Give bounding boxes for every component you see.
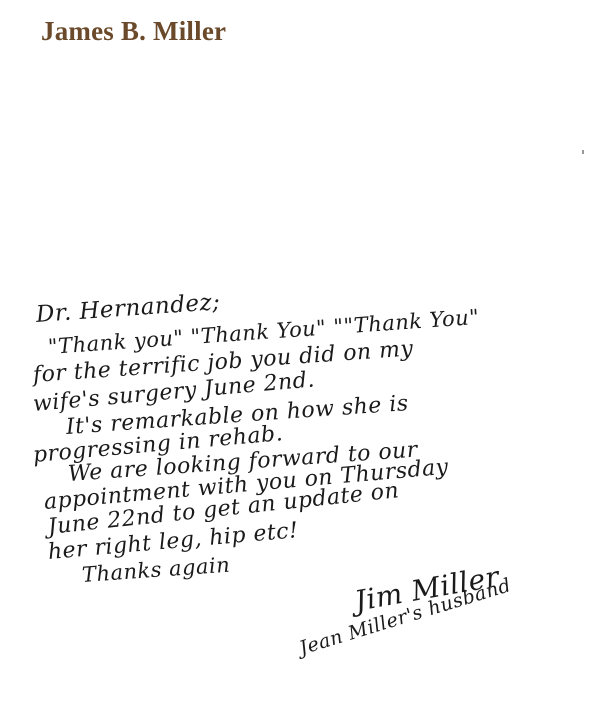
scan-speck <box>582 150 584 154</box>
letterhead-name: James B. Miller <box>41 16 226 47</box>
salutation: Dr. Hernandez; <box>35 289 221 328</box>
